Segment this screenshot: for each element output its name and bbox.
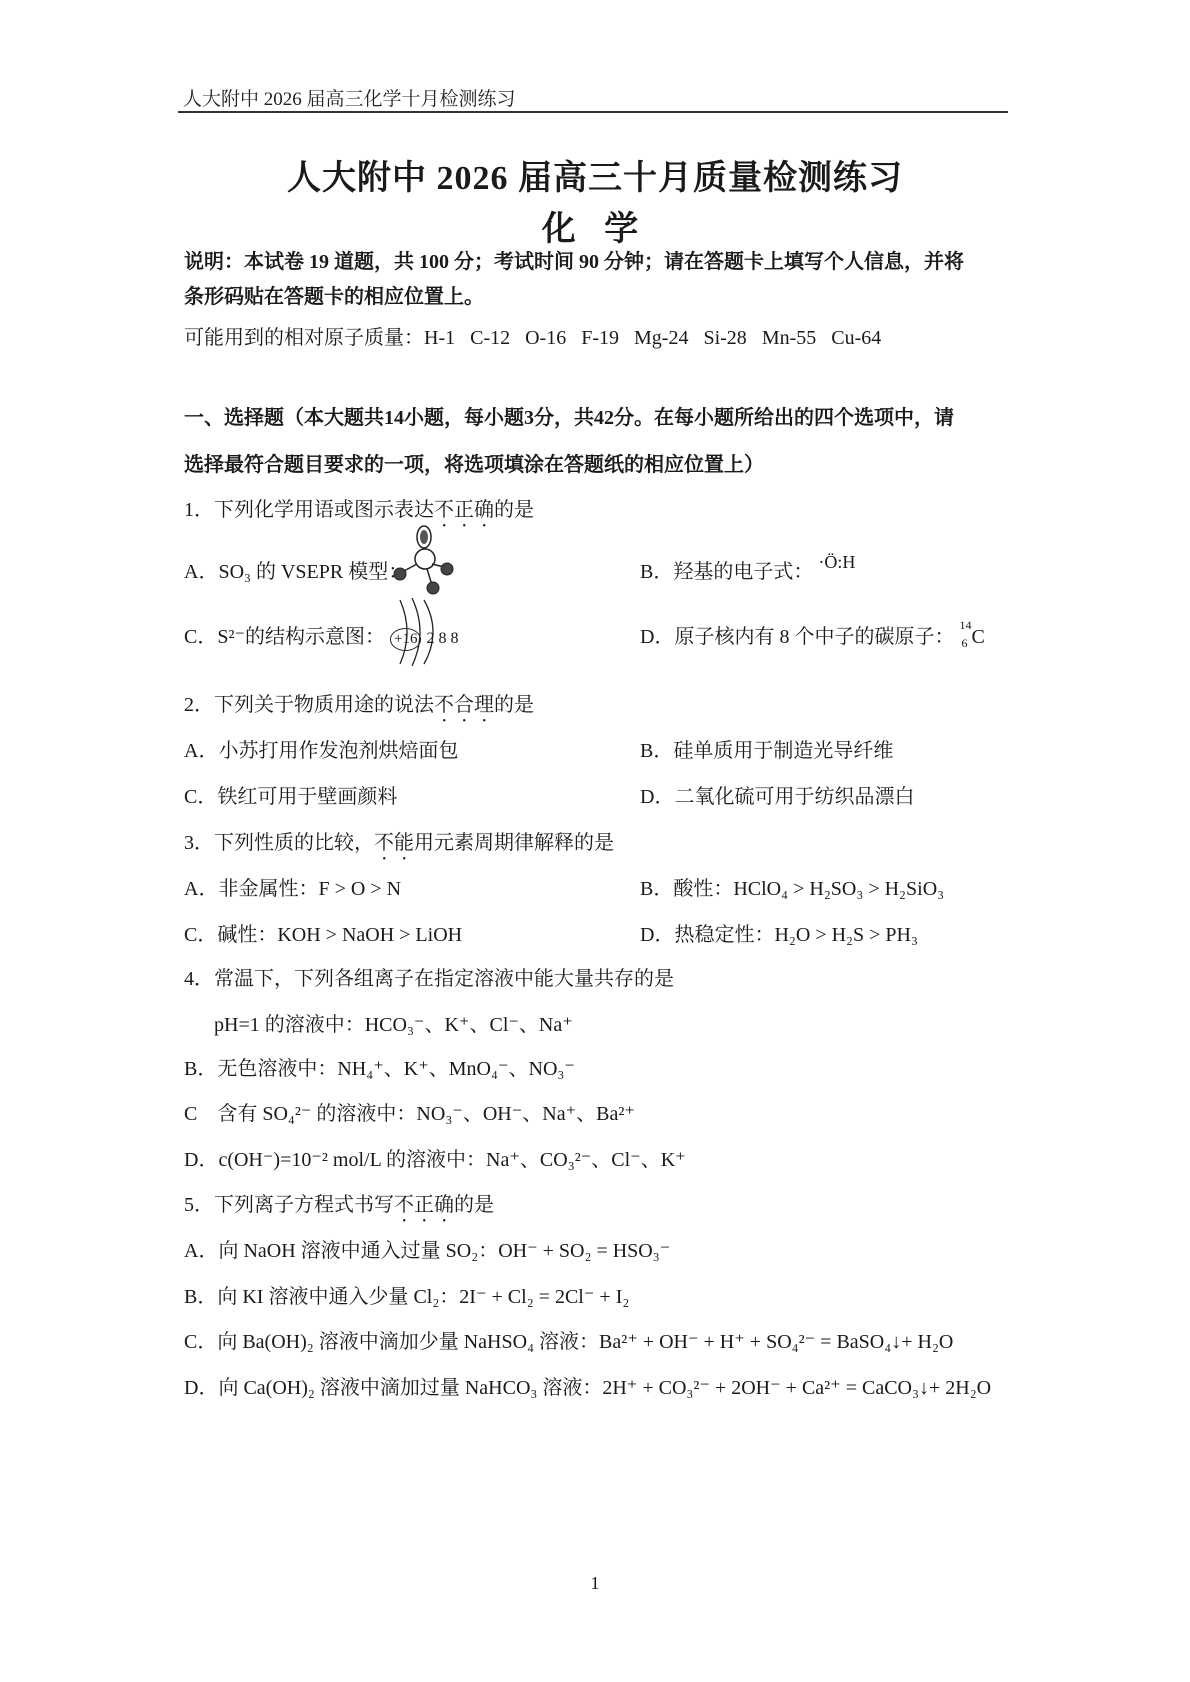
page-title: 人大附中 2026 届高三十月质量检测练习 <box>0 150 1190 199</box>
emphasis-text: 不能 <box>374 832 414 854</box>
page-number: 1 <box>0 1573 1190 1594</box>
question-4-option-a: pH=1 的溶液中：HCO₃⁻、K⁺、Cl⁻、Na⁺ <box>214 1008 573 1037</box>
question-5-stem: 5．下列离子方程式书写不正确的是 <box>184 1188 494 1227</box>
hydroxyl-electron-formula: ·Ö:H <box>818 552 855 572</box>
electron-shell-arcs-icon <box>398 598 448 668</box>
question-4-option-c: C 含有 SO₄²⁻ 的溶液中：NO₃⁻、OH⁻、Na⁺、Ba²⁺ <box>184 1097 635 1126</box>
question-2-option-d: D．二氧化硫可用于纺织品漂白 <box>640 780 914 809</box>
question-2-option-b: B．硅单质用于制造光导纤维 <box>640 734 893 763</box>
atomic-mass-item: Si-28 <box>703 327 746 349</box>
emphasis-text: 不正确 <box>394 1194 454 1216</box>
question-3-option-a: A．非金属性：F > O > N <box>184 872 401 901</box>
question-3-option-b: B．酸性：HClO₄ > H₂SO₃ > H₂SiO₃ <box>640 872 944 901</box>
atomic-mass-item: F-19 <box>581 327 619 349</box>
question-4-stem: 4．常温下，下列各组离子在指定溶液中能大量共存的是 <box>184 962 674 991</box>
atomic-mass-item: Mn-55 <box>762 327 816 349</box>
question-4-option-b: B．无色溶液中：NH₄⁺、K⁺、MnO₄⁻、NO₃⁻ <box>184 1052 575 1081</box>
atomic-masses: 可能用到的相对原子质量：H-1 C-12 O-16 F-19 Mg-24 Si-… <box>184 321 881 350</box>
question-1-stem: 1．下列化学用语或图示表达不正确的是 <box>184 493 534 532</box>
running-header: 人大附中 2026 届高三化学十月检测练习 <box>183 84 516 111</box>
emphasis-text: 不合理 <box>434 694 494 716</box>
question-5-option-b: B．向 KI 溶液中通入少量 Cl₂：2I⁻ + Cl₂ = 2Cl⁻ + I₂ <box>184 1280 629 1309</box>
question-1-option-a: A．SO₃ 的 VSEPR 模型： <box>184 555 408 584</box>
question-1-option-d: D．原子核内有 8 个中子的碳原子： 14 6 C <box>640 620 989 650</box>
section-heading-line-2: 选择最符合题目要求的一项，将选项填涂在答题纸的相应位置上） <box>184 448 764 477</box>
section-heading-line-1: 一、选择题（本大题共14小题，每小题3分，共42分。在每小题所给出的四个选项中，… <box>184 401 954 430</box>
question-2-stem: 2．下列关于物质用途的说法不合理的是 <box>184 688 534 727</box>
question-5-option-d: D．向 Ca(OH)₂ 溶液中滴加过量 NaHCO₃ 溶液：2H⁺ + CO₃²… <box>184 1371 991 1400</box>
carbon-14-nuclide: 14 6 C <box>959 626 989 650</box>
atomic-mass-item: Mg-24 <box>634 327 688 349</box>
atomic-mass-item: Cu-64 <box>831 327 881 349</box>
instructions-line-1: 说明：本试卷 19 道题，共 100 分；考试时间 90 分钟；请在答题卡上填写… <box>184 245 964 274</box>
subject-title: 化 学 <box>0 201 1190 250</box>
question-3-stem: 3．下列性质的比较，不能用元素周期律解释的是 <box>184 826 614 865</box>
question-5-option-c: C．向 Ba(OH)₂ 溶液中滴加少量 NaHSO₄ 溶液：Ba²⁺ + OH⁻… <box>184 1325 953 1354</box>
question-2-option-a: A．小苏打用作发泡剂烘焙面包 <box>184 734 458 763</box>
instructions-line-2: 条形码贴在答题卡的相应位置上。 <box>184 280 484 309</box>
header-divider <box>178 111 1008 113</box>
atomic-mass-item: H-1 <box>424 327 455 349</box>
question-3-option-c: C．碱性：KOH > NaOH > LiOH <box>184 918 462 947</box>
question-1-option-b: B．羟基的电子式： ·Ö:H <box>640 555 855 584</box>
question-5-option-a: A．向 NaOH 溶液中通入过量 SO₂：OH⁻ + SO₂ = HSO₃⁻ <box>184 1234 670 1263</box>
question-2-option-c: C．铁红可用于壁画颜料 <box>184 780 397 809</box>
question-3-option-d: D．热稳定性：H₂O > H₂S > PH₃ <box>640 918 918 947</box>
atomic-mass-item: O-16 <box>525 327 566 349</box>
atomic-mass-item: C-12 <box>470 327 510 349</box>
atomic-masses-label: 可能用到的相对原子质量： <box>184 327 424 349</box>
emphasis-text: 不正确 <box>434 499 494 521</box>
question-4-option-d: D．c(OH⁻)=10⁻² mol/L 的溶液中：Na⁺、CO₃²⁻、Cl⁻、K… <box>184 1143 686 1172</box>
